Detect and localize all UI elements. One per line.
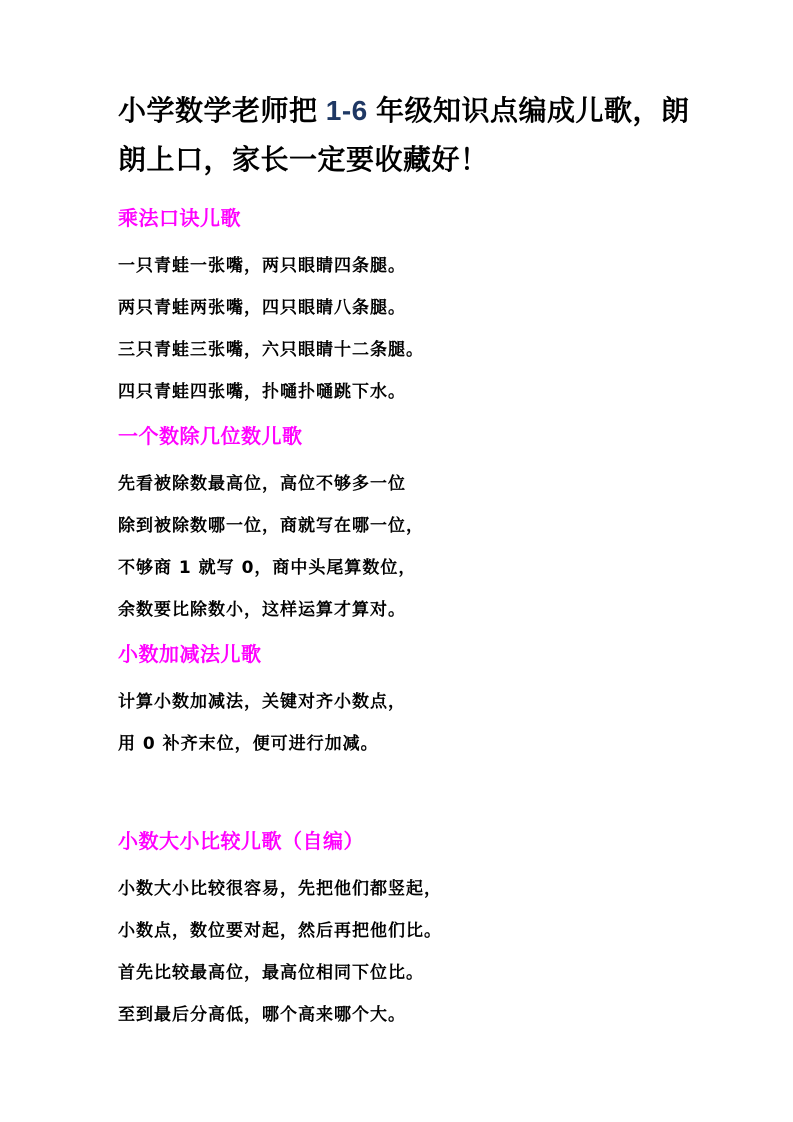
verse-line: 除到被除数哪一位，商就写在哪一位， bbox=[118, 516, 693, 536]
verse-line: 余数要比除数小，这样运算才算对。 bbox=[118, 600, 693, 620]
section-decimal-addsub-rhyme: 小数加减法儿歌 计算小数加减法，关键对齐小数点， 用 0 补齐末位，便可进行加减… bbox=[118, 642, 693, 754]
verse-line: 小数点，数位要对起，然后再把他们比。 bbox=[118, 921, 693, 941]
section-heading: 小数加减法儿歌 bbox=[118, 642, 693, 668]
document-page: 小学数学老师把 1-6 年级知识点编成儿歌，朗朗上口，家长一定要收藏好！ 乘法口… bbox=[0, 0, 793, 1122]
section-heading: 一个数除几位数儿歌 bbox=[118, 424, 693, 450]
section-heading: 乘法口诀儿歌 bbox=[118, 206, 693, 232]
verse-line: 首先比较最高位，最高位相同下位比。 bbox=[118, 963, 693, 983]
page-title-grade-range: 1-6 bbox=[326, 95, 368, 126]
verse-line: 不够商 1 就写 0，商中头尾算数位， bbox=[118, 558, 693, 578]
verse-line: 先看被除数最高位，高位不够多一位 bbox=[118, 474, 693, 494]
page-title: 小学数学老师把 1-6 年级知识点编成儿歌，朗朗上口，家长一定要收藏好！ bbox=[118, 86, 693, 184]
section-multiplication-rhyme: 乘法口诀儿歌 一只青蛙一张嘴，两只眼睛四条腿。 两只青蛙两张嘴，四只眼睛八条腿。… bbox=[118, 206, 693, 402]
verse-line: 两只青蛙两张嘴，四只眼睛八条腿。 bbox=[118, 298, 693, 318]
verse-line: 至到最后分高低，哪个高来哪个大。 bbox=[118, 1005, 693, 1025]
section-decimal-compare-rhyme: 小数大小比较儿歌（自编） 小数大小比较很容易，先把他们都竖起， 小数点，数位要对… bbox=[118, 829, 693, 1025]
verse-line: 四只青蛙四张嘴，扑嗵扑嗵跳下水。 bbox=[118, 382, 693, 402]
verse-line: 用 0 补齐末位，便可进行加减。 bbox=[118, 734, 693, 754]
verse-line: 一只青蛙一张嘴，两只眼睛四条腿。 bbox=[118, 256, 693, 276]
verse-line: 三只青蛙三张嘴，六只眼睛十二条腿。 bbox=[118, 340, 693, 360]
verse-line: 计算小数加减法，关键对齐小数点， bbox=[118, 692, 693, 712]
section-division-rhyme: 一个数除几位数儿歌 先看被除数最高位，高位不够多一位 除到被除数哪一位，商就写在… bbox=[118, 424, 693, 620]
page-title-prefix: 小学数学老师把 bbox=[118, 95, 326, 126]
verse-line: 小数大小比较很容易，先把他们都竖起， bbox=[118, 879, 693, 899]
section-heading: 小数大小比较儿歌（自编） bbox=[118, 829, 693, 855]
